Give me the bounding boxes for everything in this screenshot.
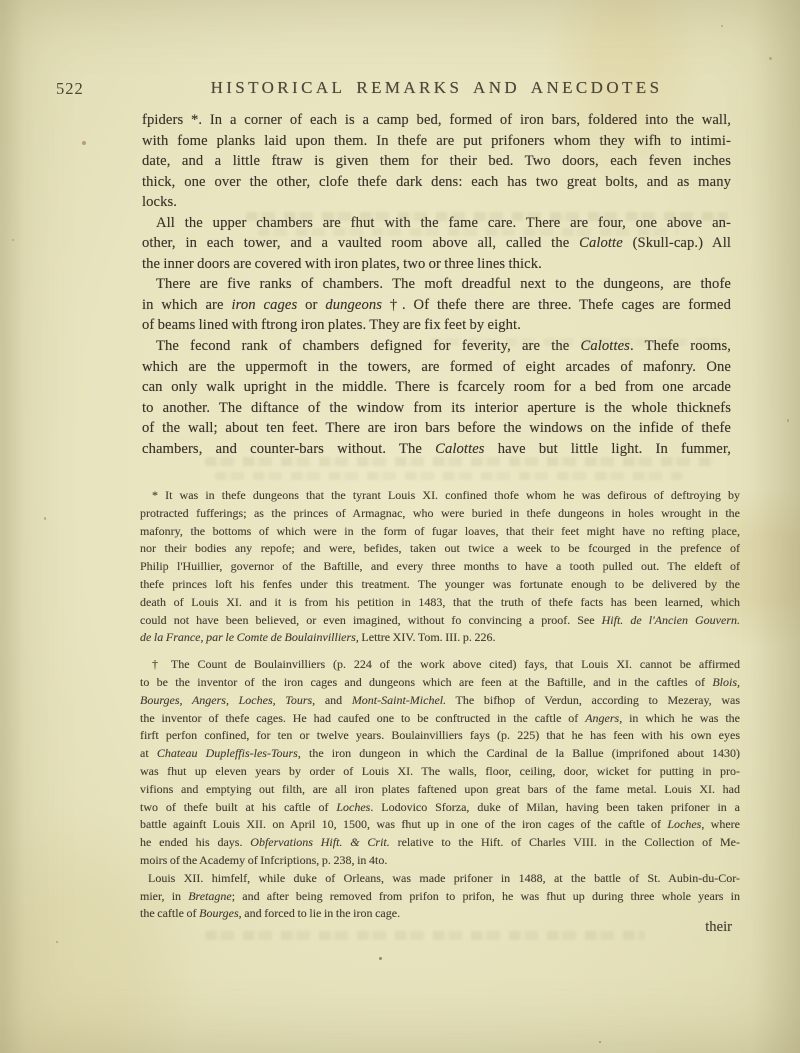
text-line: nor their bodies any repofe; and were, b… [140,540,740,558]
text-line: to be the inventor of the iron cages and… [140,674,740,692]
text-line: of the wall; about ten feet. There are i… [142,418,731,439]
text-line: protracted fufferings; as the princes of… [140,505,740,523]
text-line: mafonry, the bottoms of which were in th… [140,523,740,541]
text-line: Philip l'Huillier, governor of the Bafti… [140,558,740,576]
ink-speck [379,957,382,960]
text-line: date, and a little ftraw is given them f… [142,151,731,172]
text-line: fpiders *. In a corner of each is a camp… [142,110,731,131]
text-line: with fome planks laid upon them. In thef… [142,131,731,152]
text-line: chambers, and counter-bars without. The … [142,439,731,460]
text-line: to another. The diftance of the window f… [142,398,731,419]
text-line: Bourges, Angers, Loches, Tours, and Mont… [140,692,740,710]
text-line: thick, one over the other, clofe thefe d… [142,172,731,193]
text-line: All the upper chambers are fhut with the… [142,213,731,234]
text-line: vifions and emptying out filth, are all … [140,781,740,799]
running-header: 522 HISTORICAL REMARKS AND ANECDOTES [0,78,800,100]
text-line: could not have been believed, or even im… [140,612,740,630]
text-line: he ended his days. Obfervations Hift. & … [140,834,740,852]
ink-speck [82,141,86,145]
ink-speck [44,517,46,520]
text-line: firft perfon confined, for ten or twelve… [140,727,740,745]
ink-speck [721,25,723,27]
text-line: which are the uppermoft in the towers, a… [142,357,731,378]
text-line: other, in each tower, and a vaulted room… [142,233,731,254]
text-line: the inventor of thefe cages. He had cauf… [140,710,740,728]
footnotes: * It was in thefe dungeons that the tyra… [140,487,740,923]
ink-speck [769,57,772,60]
text-line: in which are iron cages or dungeons †. O… [142,295,731,316]
text-line: de la France, par le Comte de Boulainvil… [140,629,740,647]
page-number: 522 [56,79,84,99]
text-line: of beams lined with ftrong iron plates. … [142,315,731,336]
text-line: Louis XII. himfelf, while duke of Orlean… [140,870,740,888]
ink-speck [12,239,14,241]
text-line: the inner doors are covered with iron pl… [142,254,731,275]
text-line: can only walk upright in the middle. The… [142,377,731,398]
bleedthrough-band [215,472,685,480]
ink-speck [599,1041,601,1043]
text-line: was fhut up eleven years by order of Lou… [140,763,740,781]
text-line: two of thefe built at his caftle of Loch… [140,799,740,817]
text-line: * It was in thefe dungeons that the tyra… [140,487,740,505]
text-line: at Chateau Dupleffis-les-Tours, the iron… [140,745,740,763]
book-page: 522 HISTORICAL REMARKS AND ANECDOTES fpi… [0,0,800,1053]
text-line: mier, in Bretagne; and after being remov… [140,888,740,906]
ink-speck [56,941,58,943]
text-line: thefe princes loft his fenfes under this… [140,576,740,594]
text-line: † The Count de Boulainvilliers (p. 224 o… [140,656,740,674]
catchword: their [142,919,732,936]
text-line: moirs of the Academy of Infcriptions, p.… [140,852,740,870]
text-line: locks. [142,192,731,213]
text-line: battle againft Louis XII. on April 10, 1… [140,816,740,834]
text-line: There are five ranks of chambers. The mo… [142,274,731,295]
text-line: death of Louis XI. and it is from his pe… [140,594,740,612]
page-title: HISTORICAL REMARKS AND ANECDOTES [142,78,731,98]
body-text: fpiders *. In a corner of each is a camp… [142,110,731,459]
text-line: The fecond rank of chambers defigned for… [142,336,731,357]
ink-speck [787,419,789,422]
